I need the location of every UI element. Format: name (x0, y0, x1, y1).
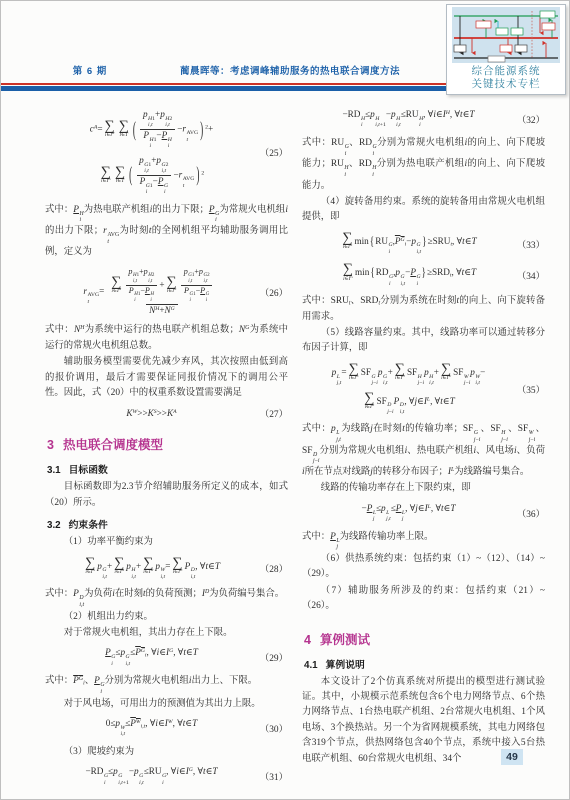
paragraph: 线路的传输功率存在上下限约束，即 (302, 481, 545, 496)
equation: ∑i∈IGmin{RDGi,pGi,t−PGi}≥SRDt, ∀t∈T（34） (302, 262, 545, 288)
left-column: cA=∑i∈IH∑t∈T(pH1i,t+pH2i,tPH1i−PHi−rAVGt… (45, 103, 288, 787)
column-banner-label: 综合能源系统 关键技术专栏 (449, 65, 563, 91)
header-rule-red (1, 83, 453, 85)
right-column: −RDHi≤pHi,t+1−pHi,t≤RUHi, ∀i∈IH, ∀t∈T（32… (302, 103, 545, 787)
subsection-heading: 4.1算例说明 (304, 657, 545, 671)
paragraph: 式中：PDi,t为负荷i在时刻t的负荷预测；ID为负荷编号集合。 (45, 587, 288, 608)
equation: PGi≤pGi,t≤PGi, ∀i∈IG, ∀t∈T（29） (45, 646, 288, 668)
column-banner-line2: 关键技术专栏 (449, 78, 563, 91)
equation: −RDHi≤pHi,t+1−pHi,t≤RUHi, ∀i∈IH, ∀t∈T（32… (302, 108, 545, 130)
paragraph: （7）辅助服务所涉及的约束：包括约束（21）~（26）。 (302, 584, 545, 615)
equation: ∑i∈IGmin{RUGi,PGi−pGi,t}≥SRUt, ∀t∈T（33） (302, 231, 545, 257)
equation: cA=∑i∈IH∑t∈T(pH1i,t+pH2i,tPH1i−PHi−rAVGt… (45, 108, 288, 197)
running-title: 蔺晨晖等：考虑调峰辅助服务的热电联合调度方法 (135, 63, 445, 77)
paragraph: 目标函数即为2.3节介绍辅助服务所定义的成本，如式（20）所示。 (45, 480, 288, 511)
journal-header: 第 6 期 蔺晨晖等：考虑调峰辅助服务的热电联合调度方法 (45, 63, 445, 77)
paragraph: （6）供热系统约束：包括约束（1）~（12）、（14）~（29）。 (302, 552, 545, 583)
paragraph: 辅助服务模型需要优先减少弃风，其次按照由低到高的报价调用，最后才需要保证同报价情… (45, 355, 288, 401)
paragraph: 式中：PLj为线路传输功率上限。 (302, 530, 545, 551)
paragraph: 对于风电场，可用出力的预测值为其出力上限。 (45, 697, 288, 712)
section-heading: 4算例测试 (304, 630, 545, 648)
two-column-body: cA=∑i∈IH∑t∈T(pH1i,t+pH2i,tPH1i−PHi−rAVGt… (45, 103, 545, 787)
equation: KW>>KS>>KA（27） (45, 406, 288, 420)
subsection-heading: 3.2约束条件 (47, 517, 288, 531)
equation-number: （35） (515, 382, 545, 396)
paragraph: 式中：SRUt、SRDt分别为系统在时刻t的向上、向下旋转备用需求。 (302, 294, 545, 325)
paragraph: 式中：PHi为热电联产机组i的出力下限；PGi为常规火电机组i的出力下限；rAV… (45, 203, 288, 261)
paragraph: （4）旋转备用约束。系统的旋转备用由常规火电机组提供，即 (302, 195, 545, 226)
equation-number: （27） (258, 406, 288, 420)
column-banner: 综合能源系统 关键技术专栏 (446, 4, 566, 95)
section-heading: 3热电联合调度模型 (47, 435, 288, 453)
equation-number: （30） (258, 721, 288, 735)
paragraph: （3）爬坡约束为 (45, 745, 288, 760)
header-rule-blue (1, 86, 453, 91)
paragraph: （2）机组出力约束。 (45, 610, 288, 625)
equation: pLj,t=∑i∈IGSFGj−ipGi,t+∑i∈IHSFHj−ipHi,t+… (302, 362, 545, 417)
equation-number: （26） (258, 285, 288, 299)
paragraph: 式中：NH为系统中运行的热电联产机组总数；NG为系统中运行的常规火电机组总数。 (45, 323, 288, 354)
paragraph: 式中：RUGi、RDGi分别为常规火电机组i的向上、向下爬坡能力；RUHi、RD… (302, 136, 545, 194)
paragraph: 对于常规火电机组，其出力存在上下限。 (45, 626, 288, 641)
issue-label: 第 6 期 (45, 63, 135, 77)
equation: 0≤pWi,t≤PWi,t, ∀i∈IW, ∀t∈T（30） (45, 717, 288, 739)
equation: −RDGi≤pGi,t+1−pGi,t≤RUGi, ∀i∈IG, ∀t∈T（31… (45, 765, 288, 787)
equation-number: （31） (258, 769, 288, 783)
paper-page: 第 6 期 蔺晨晖等：考虑调峰辅助服务的热电联合调度方法 (0, 0, 570, 800)
subsection-heading: 3.1目标函数 (47, 462, 288, 476)
equation-number: （36） (515, 506, 545, 520)
equation: −PLj≤pLj,t≤PLj, ∀j∈IL, ∀t∈T（36） (302, 502, 545, 524)
page-number-badge: 49 (501, 749, 523, 765)
equation-number: （32） (515, 112, 545, 126)
paragraph: 式中：PGi、PGi分别为常规火电机组i出力上、下限。 (45, 674, 288, 695)
paragraph: （5）线路容量约束。其中，线路功率可以通过转移分布因子计算，即 (302, 326, 545, 357)
equation-number: （28） (258, 561, 288, 575)
equation-number: （25） (258, 145, 288, 159)
equation-number: （33） (515, 237, 545, 251)
paragraph: 式中：pLj,t为线路j在时刻t的传输功率；SFGj−i、SFHj−i、SFWj… (302, 422, 545, 480)
energy-system-diagram-icon (452, 7, 560, 63)
equation-number: （29） (258, 650, 288, 664)
column-banner-line1: 综合能源系统 (449, 65, 563, 78)
equation: ∑i∈IGpGi,t+∑i∈IHpHi,t+∑i∈IWpWi,t=∑i∈IDPD… (45, 556, 288, 582)
equation: rAVGt=∑i∈IHpH1i,t+pH2i,tPH1i−PHi+∑i∈IGpG… (45, 266, 288, 318)
equation-number: （34） (515, 268, 545, 282)
paragraph: （1）功率平衡约束为 (45, 535, 288, 550)
